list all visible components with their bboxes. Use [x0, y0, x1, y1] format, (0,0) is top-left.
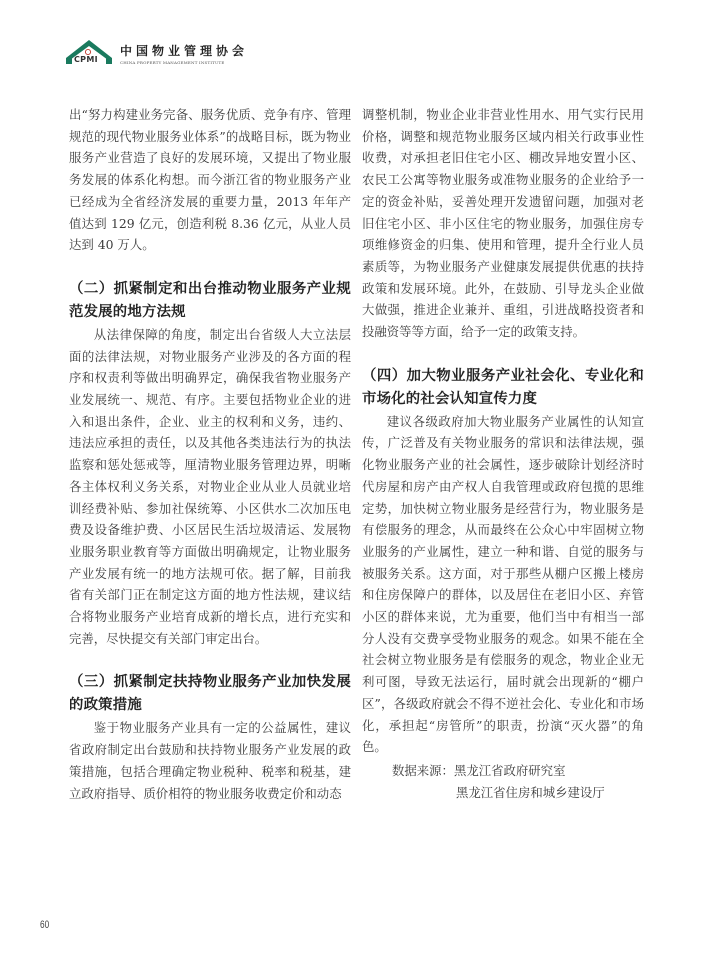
page-header: CPMI 中国物业管理协会 CHINA PROPERTY MANAGEMENT …: [66, 40, 248, 66]
section-3-body: 鉴于物业服务产业具有一定的公益属性，建议省政府制定出台鼓励和扶持物业服务产业发展…: [69, 717, 351, 804]
org-name-en: CHINA PROPERTY MANAGEMENT INSTITUTE: [120, 60, 248, 66]
right-column: 调整机制，物业企业非营业性用水、用气实行民用价格，调整和规范物业服务区域内相关行…: [362, 104, 644, 803]
source-line-2: 黑龙江省住房和城乡建设厅: [392, 782, 644, 804]
continuation-paragraph: 调整机制，物业企业非营业性用水、用气实行民用价格，调整和规范物业服务区域内相关行…: [362, 104, 644, 343]
cpmi-logo: CPMI: [66, 40, 112, 66]
source-line-1: 数据来源：黑龙江省政府研究室: [392, 760, 644, 782]
section-4-heading: （四）加大物业服务产业社会化、专业化和市场化的社会认知宣传力度: [362, 365, 644, 411]
emblem-icon: [85, 49, 90, 54]
section-4-body: 建议各级政府加大物业服务产业属性的认知宣传，广泛普及有关物业服务的常识和法律法规…: [362, 411, 644, 758]
left-column: 出“努力构建业务完备、服务优质、竞争有序、管理规范的现代物业服务业体系”的战略目…: [69, 104, 351, 804]
intro-paragraph: 出“努力构建业务完备、服务优质、竞争有序、管理规范的现代物业服务业体系”的战略目…: [69, 104, 351, 256]
section-2-heading: （二）抓紧制定和出台推动物业服务产业规范发展的地方法规: [69, 278, 351, 324]
section-2-body: 从法律保障的角度，制定出台省级人大立法层面的法律法规，对物业服务产业涉及的各方面…: [69, 324, 351, 650]
logo-abbr: CPMI: [74, 55, 98, 64]
page-number: 60: [40, 919, 49, 931]
data-source: 数据来源：黑龙江省政府研究室 黑龙江省住房和城乡建设厅: [362, 760, 644, 803]
org-name-cn: 中国物业管理协会: [120, 44, 248, 58]
section-3-heading: （三）抓紧制定扶持物业服务产业加快发展的政策措施: [69, 671, 351, 717]
